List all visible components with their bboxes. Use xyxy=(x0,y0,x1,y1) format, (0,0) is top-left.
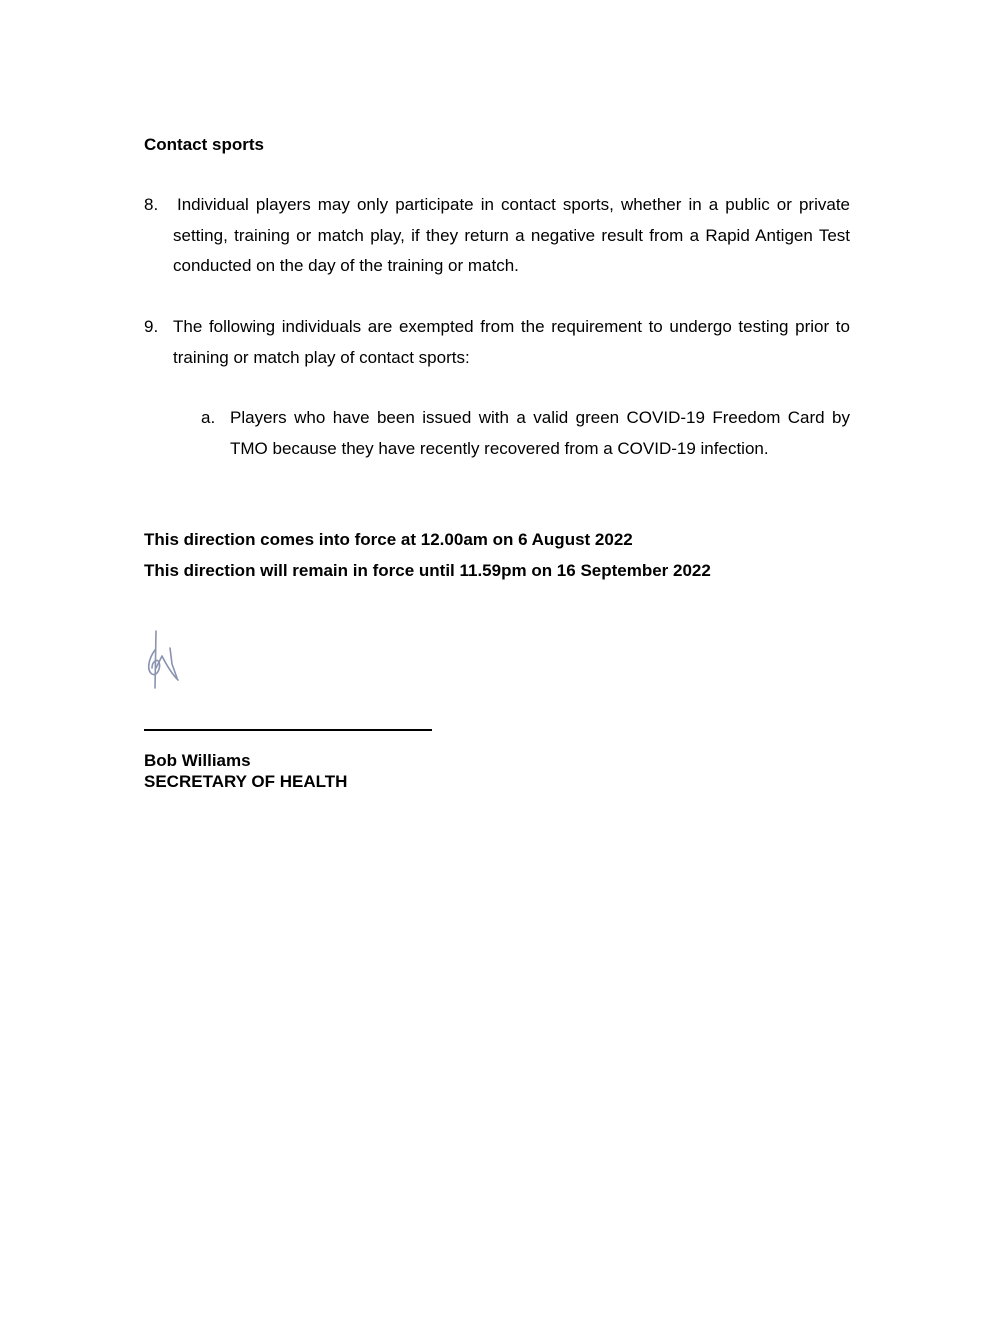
signature-icon xyxy=(140,628,190,692)
signature-line xyxy=(144,729,432,731)
force-end-statement: This direction will remain in force unti… xyxy=(144,560,711,582)
force-start-statement: This direction comes into force at 12.00… xyxy=(144,529,633,551)
signer-name: Bob Williams xyxy=(144,751,251,771)
section-heading: Contact sports xyxy=(144,134,264,156)
paragraph-9-text: The following individuals are exempted f… xyxy=(173,312,850,373)
subitem-letter: a. xyxy=(201,403,215,434)
paragraph-8-text: Individual players may only participate … xyxy=(173,190,850,282)
signer-title: SECRETARY OF HEALTH xyxy=(144,772,347,792)
document-page: Contact sports 8. Individual players may… xyxy=(0,0,1008,1344)
subitem-a-text: Players who have been issued with a vali… xyxy=(230,403,850,464)
paragraph-number: 8. xyxy=(144,190,158,221)
paragraph-number: 9. xyxy=(144,312,158,343)
